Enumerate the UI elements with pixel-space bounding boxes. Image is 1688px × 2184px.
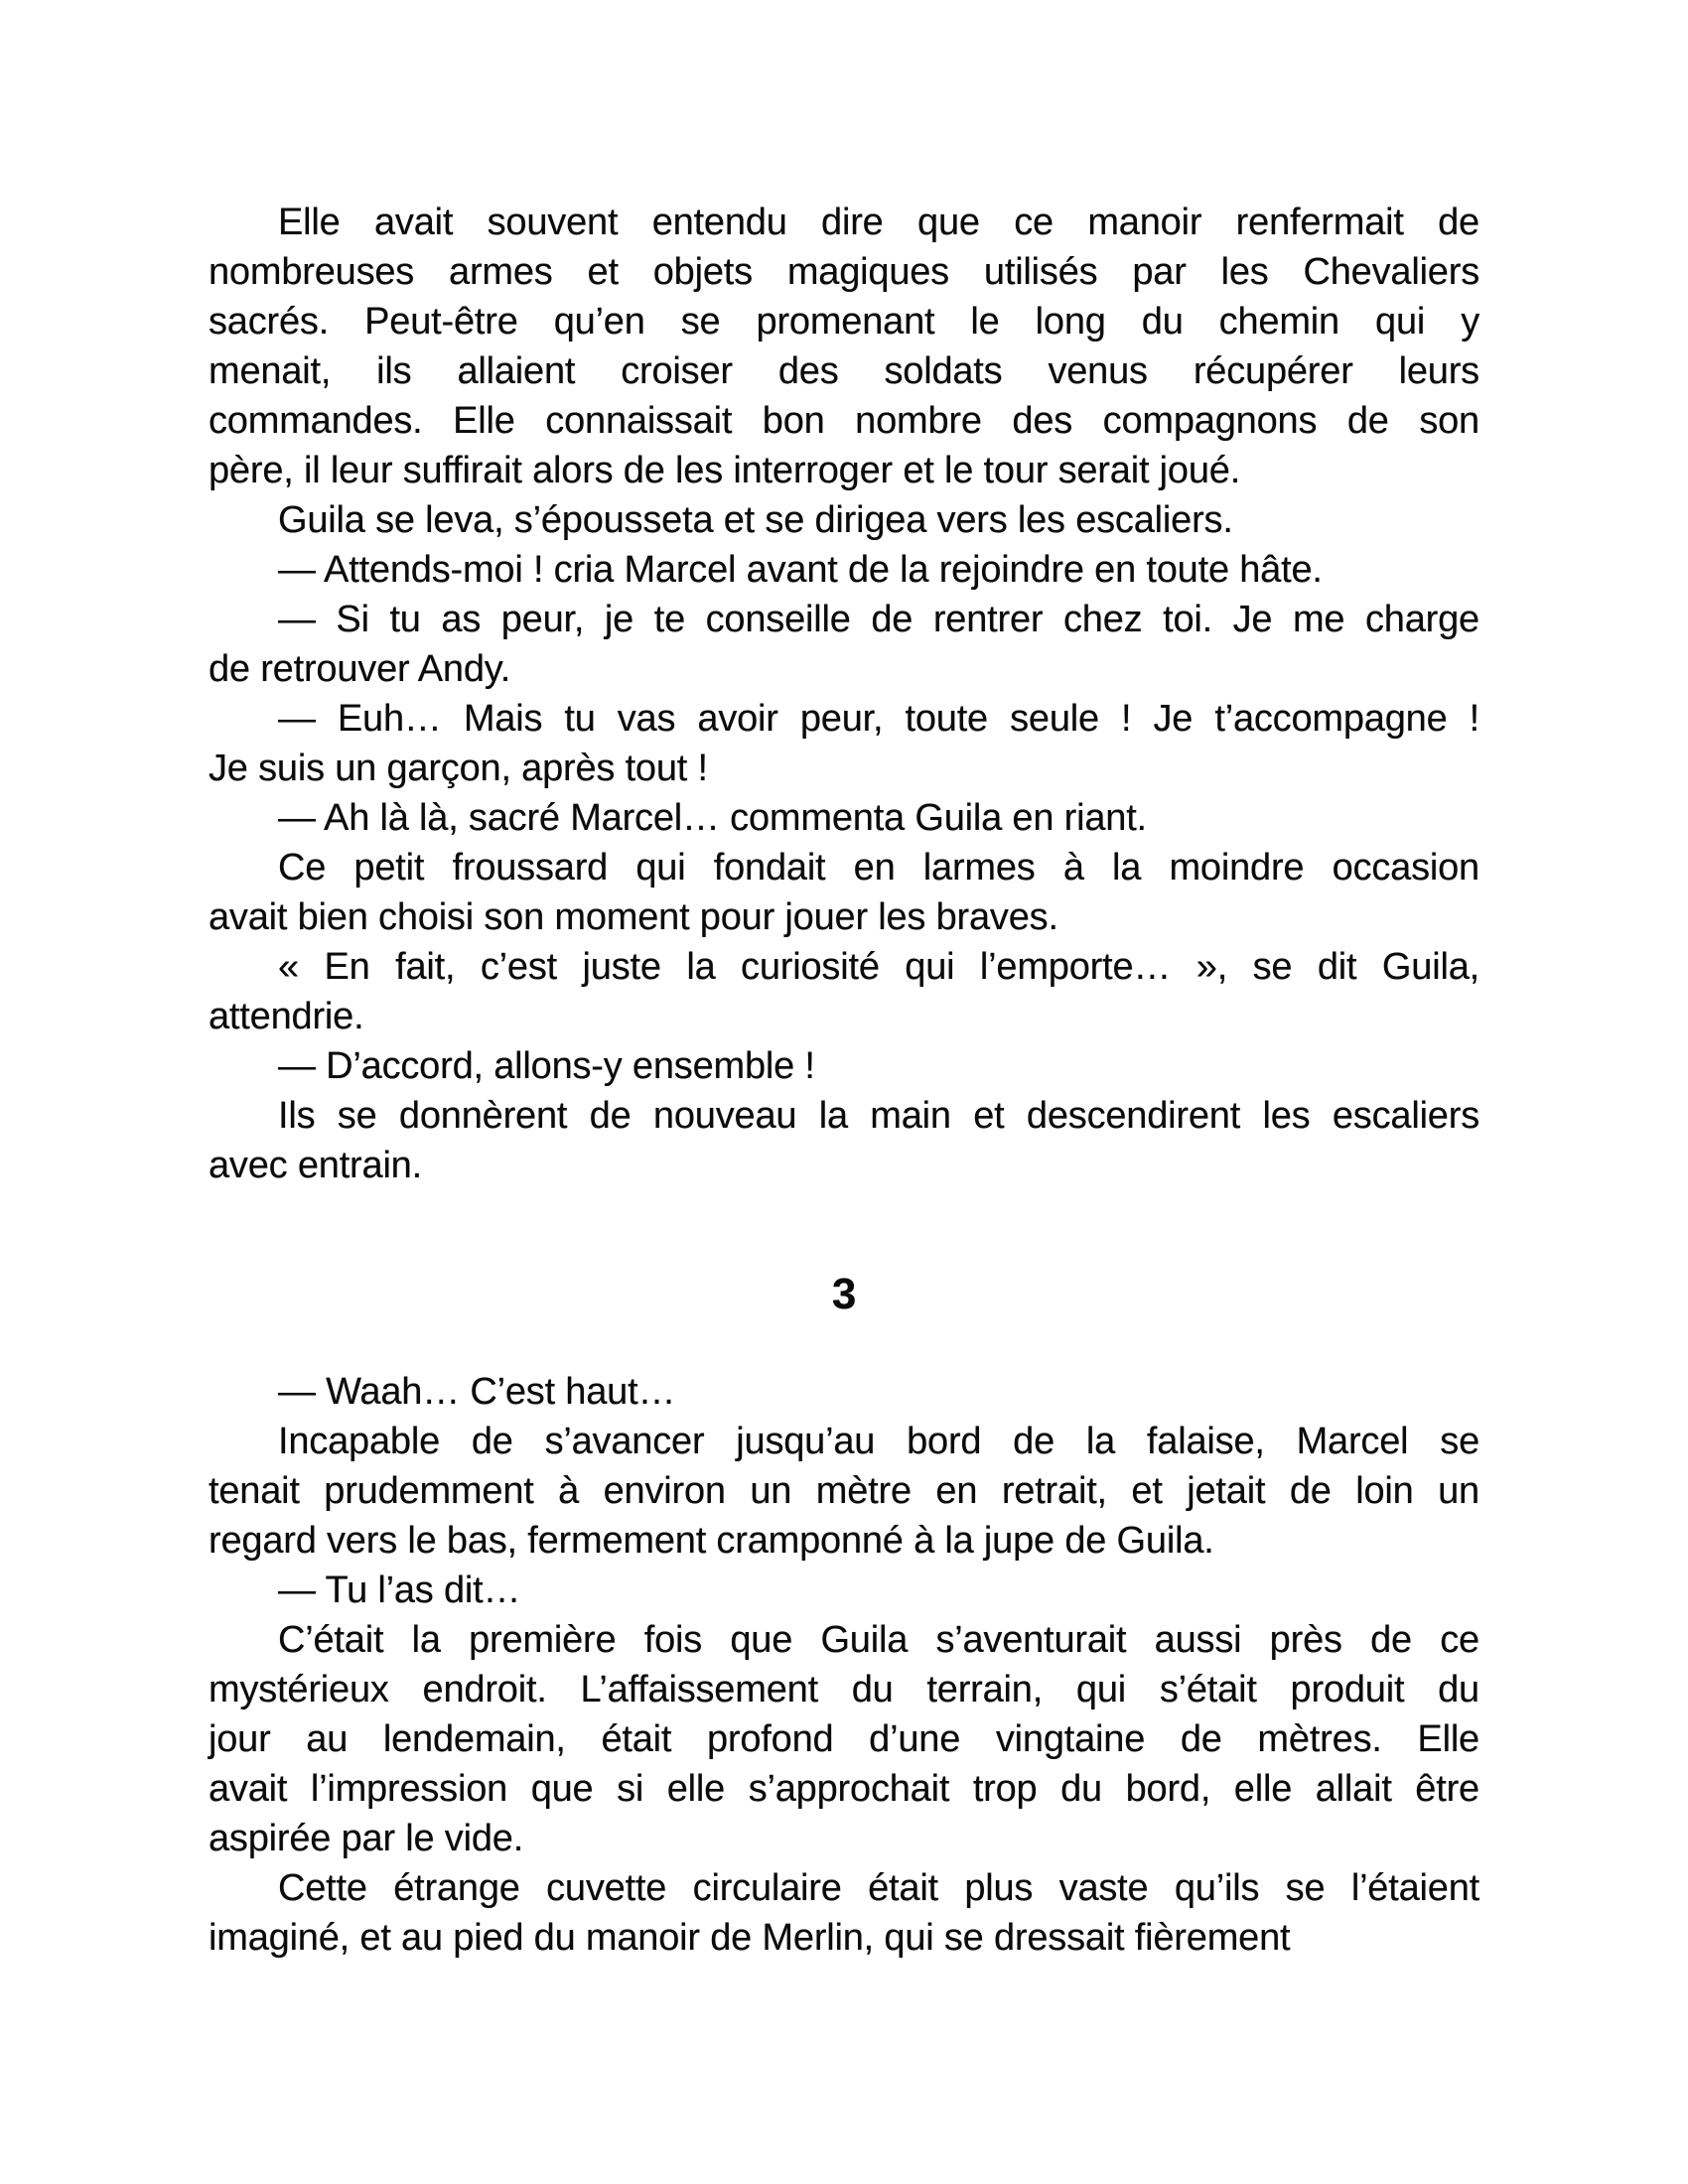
text-line: Ils se donnèrent de nouveau la main et d… xyxy=(209,1091,1479,1141)
paragraph: Ils se donnèrent de nouveau la main et d… xyxy=(209,1091,1479,1190)
text-line: — Attends-moi ! cria Marcel avant de la … xyxy=(209,545,1479,595)
paragraph: Cette étrange cuvette circulaire était p… xyxy=(209,1863,1479,1963)
paragraph: — Attends-moi ! cria Marcel avant de la … xyxy=(209,545,1479,595)
paragraph: — Ah là là, sacré Marcel… commenta Guila… xyxy=(209,793,1479,843)
paragraph: C’était la première fois que Guila s’ave… xyxy=(209,1615,1479,1863)
text-line: nombreuses armes et objets magiques util… xyxy=(209,247,1479,297)
text-line: — Ah là là, sacré Marcel… commenta Guila… xyxy=(209,793,1479,843)
text-line: « En fait, c’est juste la curiosité qui … xyxy=(209,942,1479,992)
text-line: — Tu l’as dit… xyxy=(209,1566,1479,1615)
text-line: aspirée par le vide. xyxy=(209,1814,1479,1863)
paragraph: — Euh… Mais tu vas avoir peur, toute seu… xyxy=(209,694,1479,793)
paragraph: — Waah… C’est haut… xyxy=(209,1367,1479,1417)
book-page: Elle avait souvent entendu dire que ce m… xyxy=(0,0,1688,2184)
text-line: avait bien choisi son moment pour jouer … xyxy=(209,892,1479,942)
paragraph: — Si tu as peur, je te conseille de rent… xyxy=(209,595,1479,694)
paragraph: Ce petit froussard qui fondait en larmes… xyxy=(209,843,1479,942)
text-line: Guila se leva, s’épousseta et se dirigea… xyxy=(209,495,1479,545)
text-line: mystérieux endroit. L’affaissement du te… xyxy=(209,1665,1479,1714)
text-line: tenait prudemment à environ un mètre en … xyxy=(209,1466,1479,1516)
text-line: avait l’impression que si elle s’approch… xyxy=(209,1764,1479,1814)
page-text-column: Elle avait souvent entendu dire que ce m… xyxy=(209,198,1479,1963)
paragraph: — D’accord, allons-y ensemble ! xyxy=(209,1041,1479,1091)
text-line: Cette étrange cuvette circulaire était p… xyxy=(209,1863,1479,1913)
text-line: avec entrain. xyxy=(209,1141,1479,1190)
text-line: sacrés. Peut-être qu’en se promenant le … xyxy=(209,297,1479,346)
text-line: attendrie. xyxy=(209,992,1479,1041)
chapter-number-heading: 3 xyxy=(209,1270,1479,1319)
text-line: — Waah… C’est haut… xyxy=(209,1367,1479,1417)
paragraph: « En fait, c’est juste la curiosité qui … xyxy=(209,942,1479,1041)
text-line: Elle avait souvent entendu dire que ce m… xyxy=(209,198,1479,247)
paragraph: — Tu l’as dit… xyxy=(209,1566,1479,1615)
text-line: — Si tu as peur, je te conseille de rent… xyxy=(209,595,1479,644)
text-line: — Euh… Mais tu vas avoir peur, toute seu… xyxy=(209,694,1479,744)
text-line: imaginé, et au pied du manoir de Merlin,… xyxy=(209,1913,1479,1963)
text-line: commandes. Elle connaissait bon nombre d… xyxy=(209,396,1479,446)
text-line: C’était la première fois que Guila s’ave… xyxy=(209,1615,1479,1665)
text-line: jour au lendemain, était profond d’une v… xyxy=(209,1714,1479,1764)
text-line: menait, ils allaient croiser des soldats… xyxy=(209,346,1479,396)
paragraph: Elle avait souvent entendu dire que ce m… xyxy=(209,198,1479,495)
text-line: regard vers le bas, fermement cramponné … xyxy=(209,1516,1479,1566)
text-line: — D’accord, allons-y ensemble ! xyxy=(209,1041,1479,1091)
text-block-after-heading: — Waah… C’est haut…Incapable de s’avance… xyxy=(209,1367,1479,1963)
text-line: père, il leur suffirait alors de les int… xyxy=(209,446,1479,495)
text-line: Je suis un garçon, après tout ! xyxy=(209,744,1479,793)
text-line: de retrouver Andy. xyxy=(209,644,1479,694)
paragraph: Incapable de s’avancer jusqu’au bord de … xyxy=(209,1417,1479,1566)
text-line: Ce petit froussard qui fondait en larmes… xyxy=(209,843,1479,892)
paragraph: Guila se leva, s’épousseta et se dirigea… xyxy=(209,495,1479,545)
text-block-before-heading: Elle avait souvent entendu dire que ce m… xyxy=(209,198,1479,1190)
text-line: Incapable de s’avancer jusqu’au bord de … xyxy=(209,1417,1479,1466)
